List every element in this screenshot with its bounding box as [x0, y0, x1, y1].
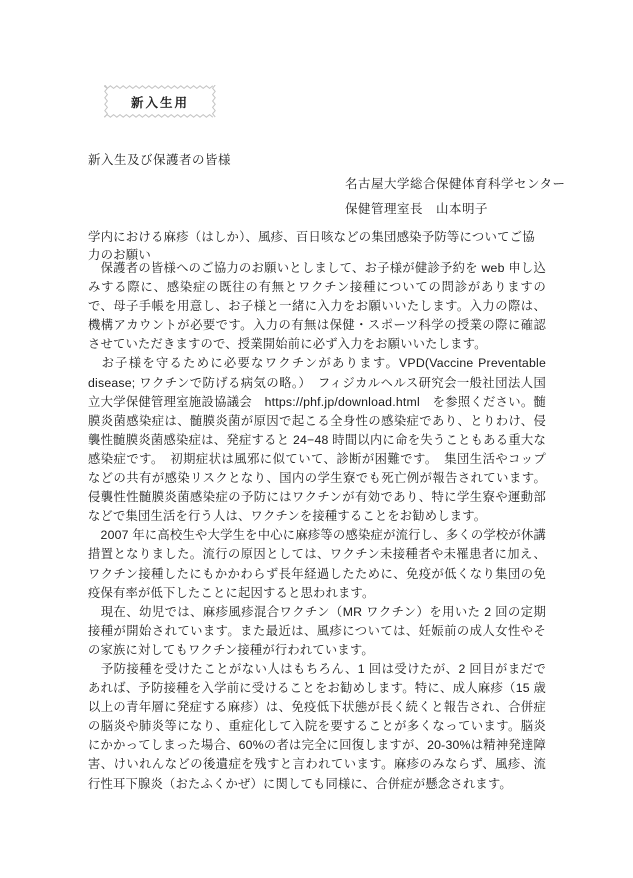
- paragraph-1: 保護者の皆様へのご協力のお願いとしまして、お子様が健診予約を web 申し込みす…: [88, 259, 546, 354]
- tag-label: 新入生用: [104, 85, 216, 118]
- sender-author: 保健管理室長 山本明子: [345, 197, 566, 222]
- salutation: 新入生及び保護者の皆様: [88, 150, 231, 168]
- document-title: 学内における麻疹（はしか）、風疹、百日咳などの集団感染予防等についてご協力のお願…: [88, 227, 546, 263]
- sender-block: 名古屋大学総合保健体育科学センター 保健管理室長 山本明子: [345, 172, 566, 222]
- paragraph-2: お子様を守るために必要なワクチンがあります。VPD(Vaccine Preven…: [88, 354, 546, 526]
- document-page: 新入生用 新入生及び保護者の皆様 名古屋大学総合保健体育科学センター 保健管理室…: [0, 0, 633, 878]
- paragraph-5: 予防接種を受けたことがない人はもちろん、1 回は受けたが、2 回目がまだであれば…: [88, 660, 546, 794]
- new-student-tag: 新入生用: [104, 85, 216, 118]
- sender-organization: 名古屋大学総合保健体育科学センター: [345, 172, 566, 197]
- paragraph-4: 現在、幼児では、麻疹風疹混合ワクチン（MR ワクチン）を用いた 2 回の定期接種…: [88, 603, 546, 660]
- document-body: 保護者の皆様へのご協力のお願いとしまして、お子様が健診予約を web 申し込みす…: [88, 259, 546, 794]
- paragraph-3: 2007 年に高校生や大学生を中心に麻疹等の感染症が流行し、多くの学校が休講措置…: [88, 526, 546, 602]
